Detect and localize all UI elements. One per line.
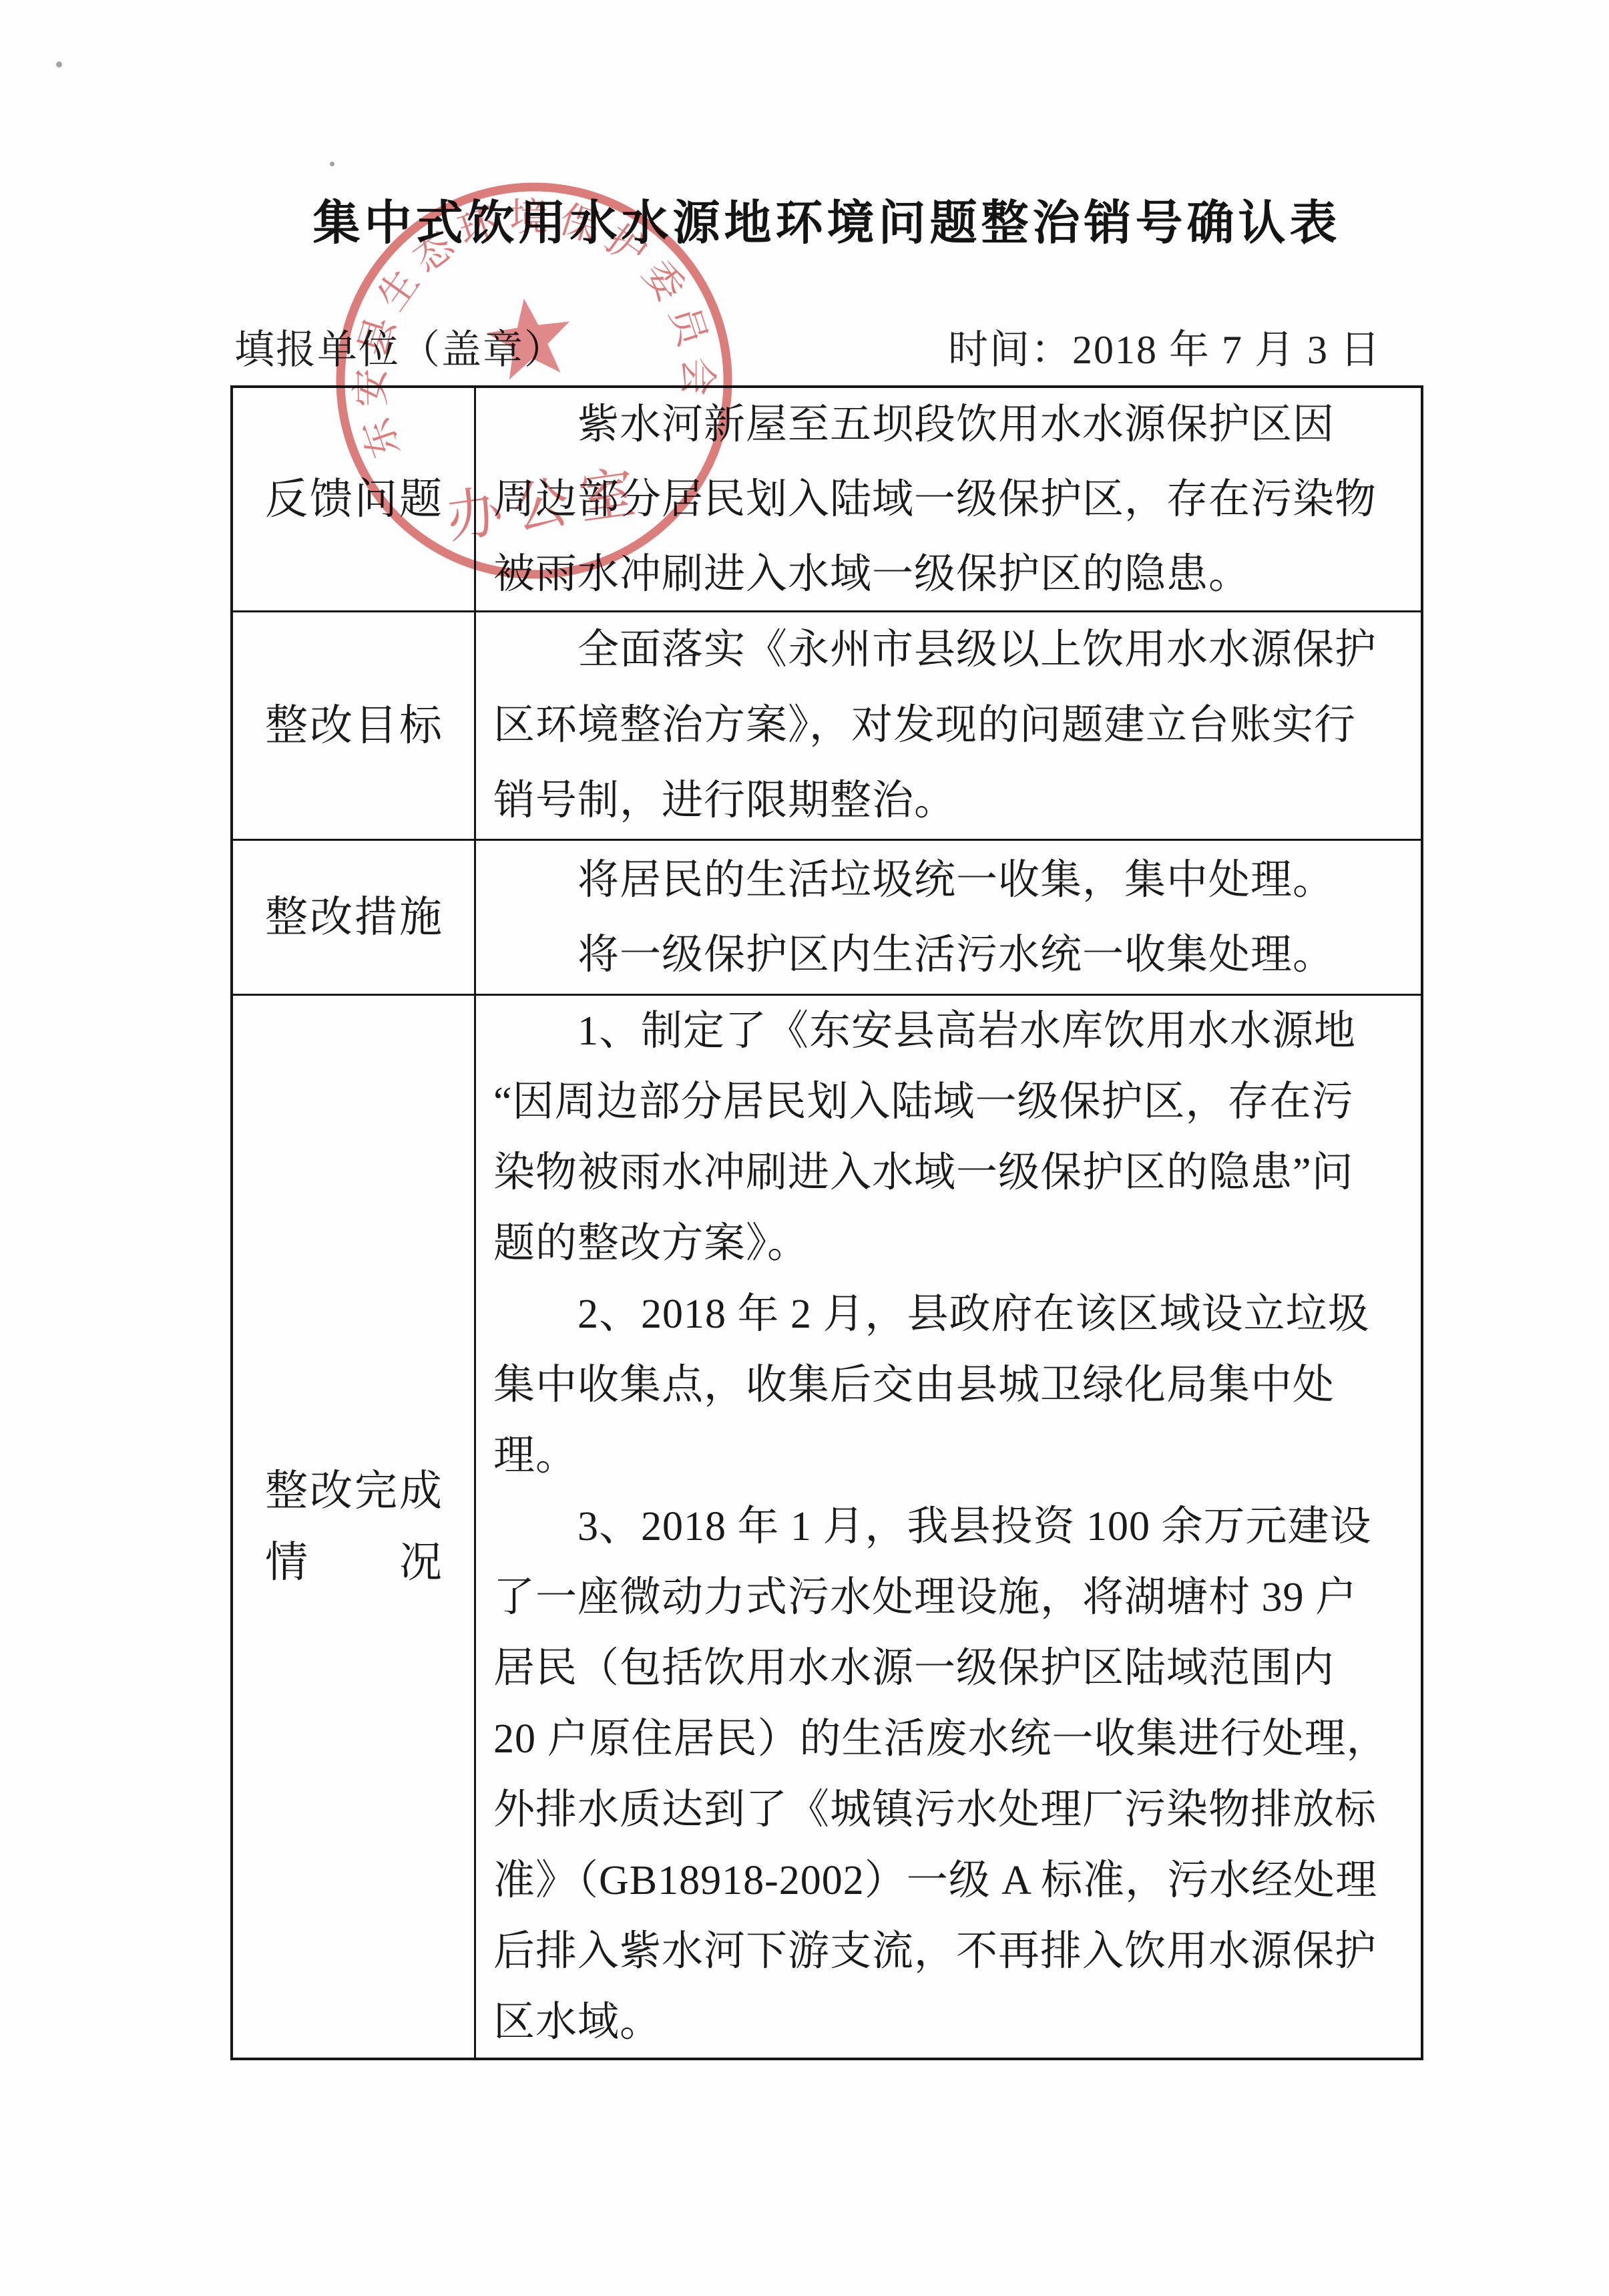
row-label: 整改措施 <box>233 882 474 953</box>
row-content-rectification-goal: 全面落实《永州市县级以上饮用水水源保护区环境整治方案》，对发现的问题建立台账实行… <box>476 612 1421 841</box>
text-line: 居民（包括饮用水水源一级保护区陆域范围内 <box>493 1633 1391 1704</box>
document-title: 集中式饮用水水源地环境问题整治销号确认表 <box>230 185 1423 253</box>
text-line: 被雨水冲刷进入水域一级保护区的隐患。 <box>493 537 1391 612</box>
text-line: 题的整改方案》。 <box>493 1208 1391 1279</box>
text-line: 区环境整治方案》，对发现的问题建立台账实行 <box>493 688 1391 763</box>
text-line: 准》（GB18918-2002）一级 A 标准，污水经处理 <box>493 1845 1391 1916</box>
report-date: 时间：2018 年 7 月 3 日 <box>948 318 1381 375</box>
meta-row: 填报单位（盖章） 时间：2018 年 7 月 3 日 <box>0 318 1609 365</box>
row-label-cell-rectification-goal: 整改目标 <box>233 612 476 841</box>
row-content-completion-status: 1、制定了《东安县高岩水库饮用水水源地“因周边部分居民划入陆域一级保护区，存在污… <box>476 996 1421 2058</box>
text-line: 3、2018 年 1 月，我县投资 100 余万元建设 <box>493 1491 1391 1562</box>
row-label: 反馈问题 <box>233 463 474 535</box>
scanned-document-page: 集中式饮用水水源地环境问题整治销号确认表 填报单位（盖章） 时间：2018 年 … <box>0 0 1609 2296</box>
text-line: 2、2018 年 2 月，县政府在该区域设立垃圾 <box>493 1279 1391 1350</box>
text-line: 区水域。 <box>493 1987 1391 2058</box>
text-line: 1、制定了《东安县高岩水库饮用水水源地 <box>493 996 1391 1067</box>
reporting-unit-label: 填报单位（盖章） <box>234 318 565 375</box>
row-label-cell-rectification-measures: 整改措施 <box>233 841 476 996</box>
text-line: 理。 <box>493 1420 1391 1491</box>
row-label: 整改完成情况 <box>233 1455 474 1598</box>
row-label: 整改目标 <box>233 690 474 761</box>
row-content-feedback-problem: 紫水河新屋至五坝段饮用水水源保护区因周边部分居民划入陆域一级保护区，存在污染物被… <box>476 388 1421 612</box>
text-line: 染物被雨水冲刷进入水域一级保护区的隐患”问 <box>493 1137 1391 1208</box>
scan-speck <box>330 162 334 166</box>
text-line: 将居民的生活垃圾统一收集，集中处理。 <box>493 843 1391 918</box>
scan-speck <box>56 61 62 67</box>
text-line: 销号制，进行限期整治。 <box>493 763 1391 839</box>
confirmation-table: 反馈问题 紫水河新屋至五坝段饮用水水源保护区因周边部分居民划入陆域一级保护区，存… <box>230 385 1423 2060</box>
text-line: 周边部分居民划入陆域一级保护区，存在污染物 <box>493 462 1391 537</box>
text-line: 将一级保护区内生活污水统一收集处理。 <box>493 918 1391 992</box>
text-line: 20 户原住居民）的生活废水统一收集进行处理， <box>493 1704 1391 1774</box>
row-label-cell-feedback-problem: 反馈问题 <box>233 388 476 612</box>
row-label-cell-completion-status: 整改完成情况 <box>233 996 476 2058</box>
text-line: 集中收集点，收集后交由县城卫绿化局集中处 <box>493 1350 1391 1420</box>
text-line: 全面落实《永州市县级以上饮用水水源保护 <box>493 612 1391 688</box>
text-line: 紫水河新屋至五坝段饮用水水源保护区因 <box>493 387 1391 462</box>
text-line: “因周边部分居民划入陆域一级保护区，存在污 <box>493 1067 1391 1137</box>
row-content-rectification-measures: 将居民的生活垃圾统一收集，集中处理。 将一级保护区内生活污水统一收集处理。 <box>476 841 1421 996</box>
text-line: 了一座微动力式污水处理设施，将湖塘村 39 户 <box>493 1562 1391 1633</box>
text-line: 外排水质达到了《城镇污水处理厂污染物排放标 <box>493 1774 1391 1845</box>
text-line: 后排入紫水河下游支流，不再排入饮用水源保护 <box>493 1916 1391 1987</box>
